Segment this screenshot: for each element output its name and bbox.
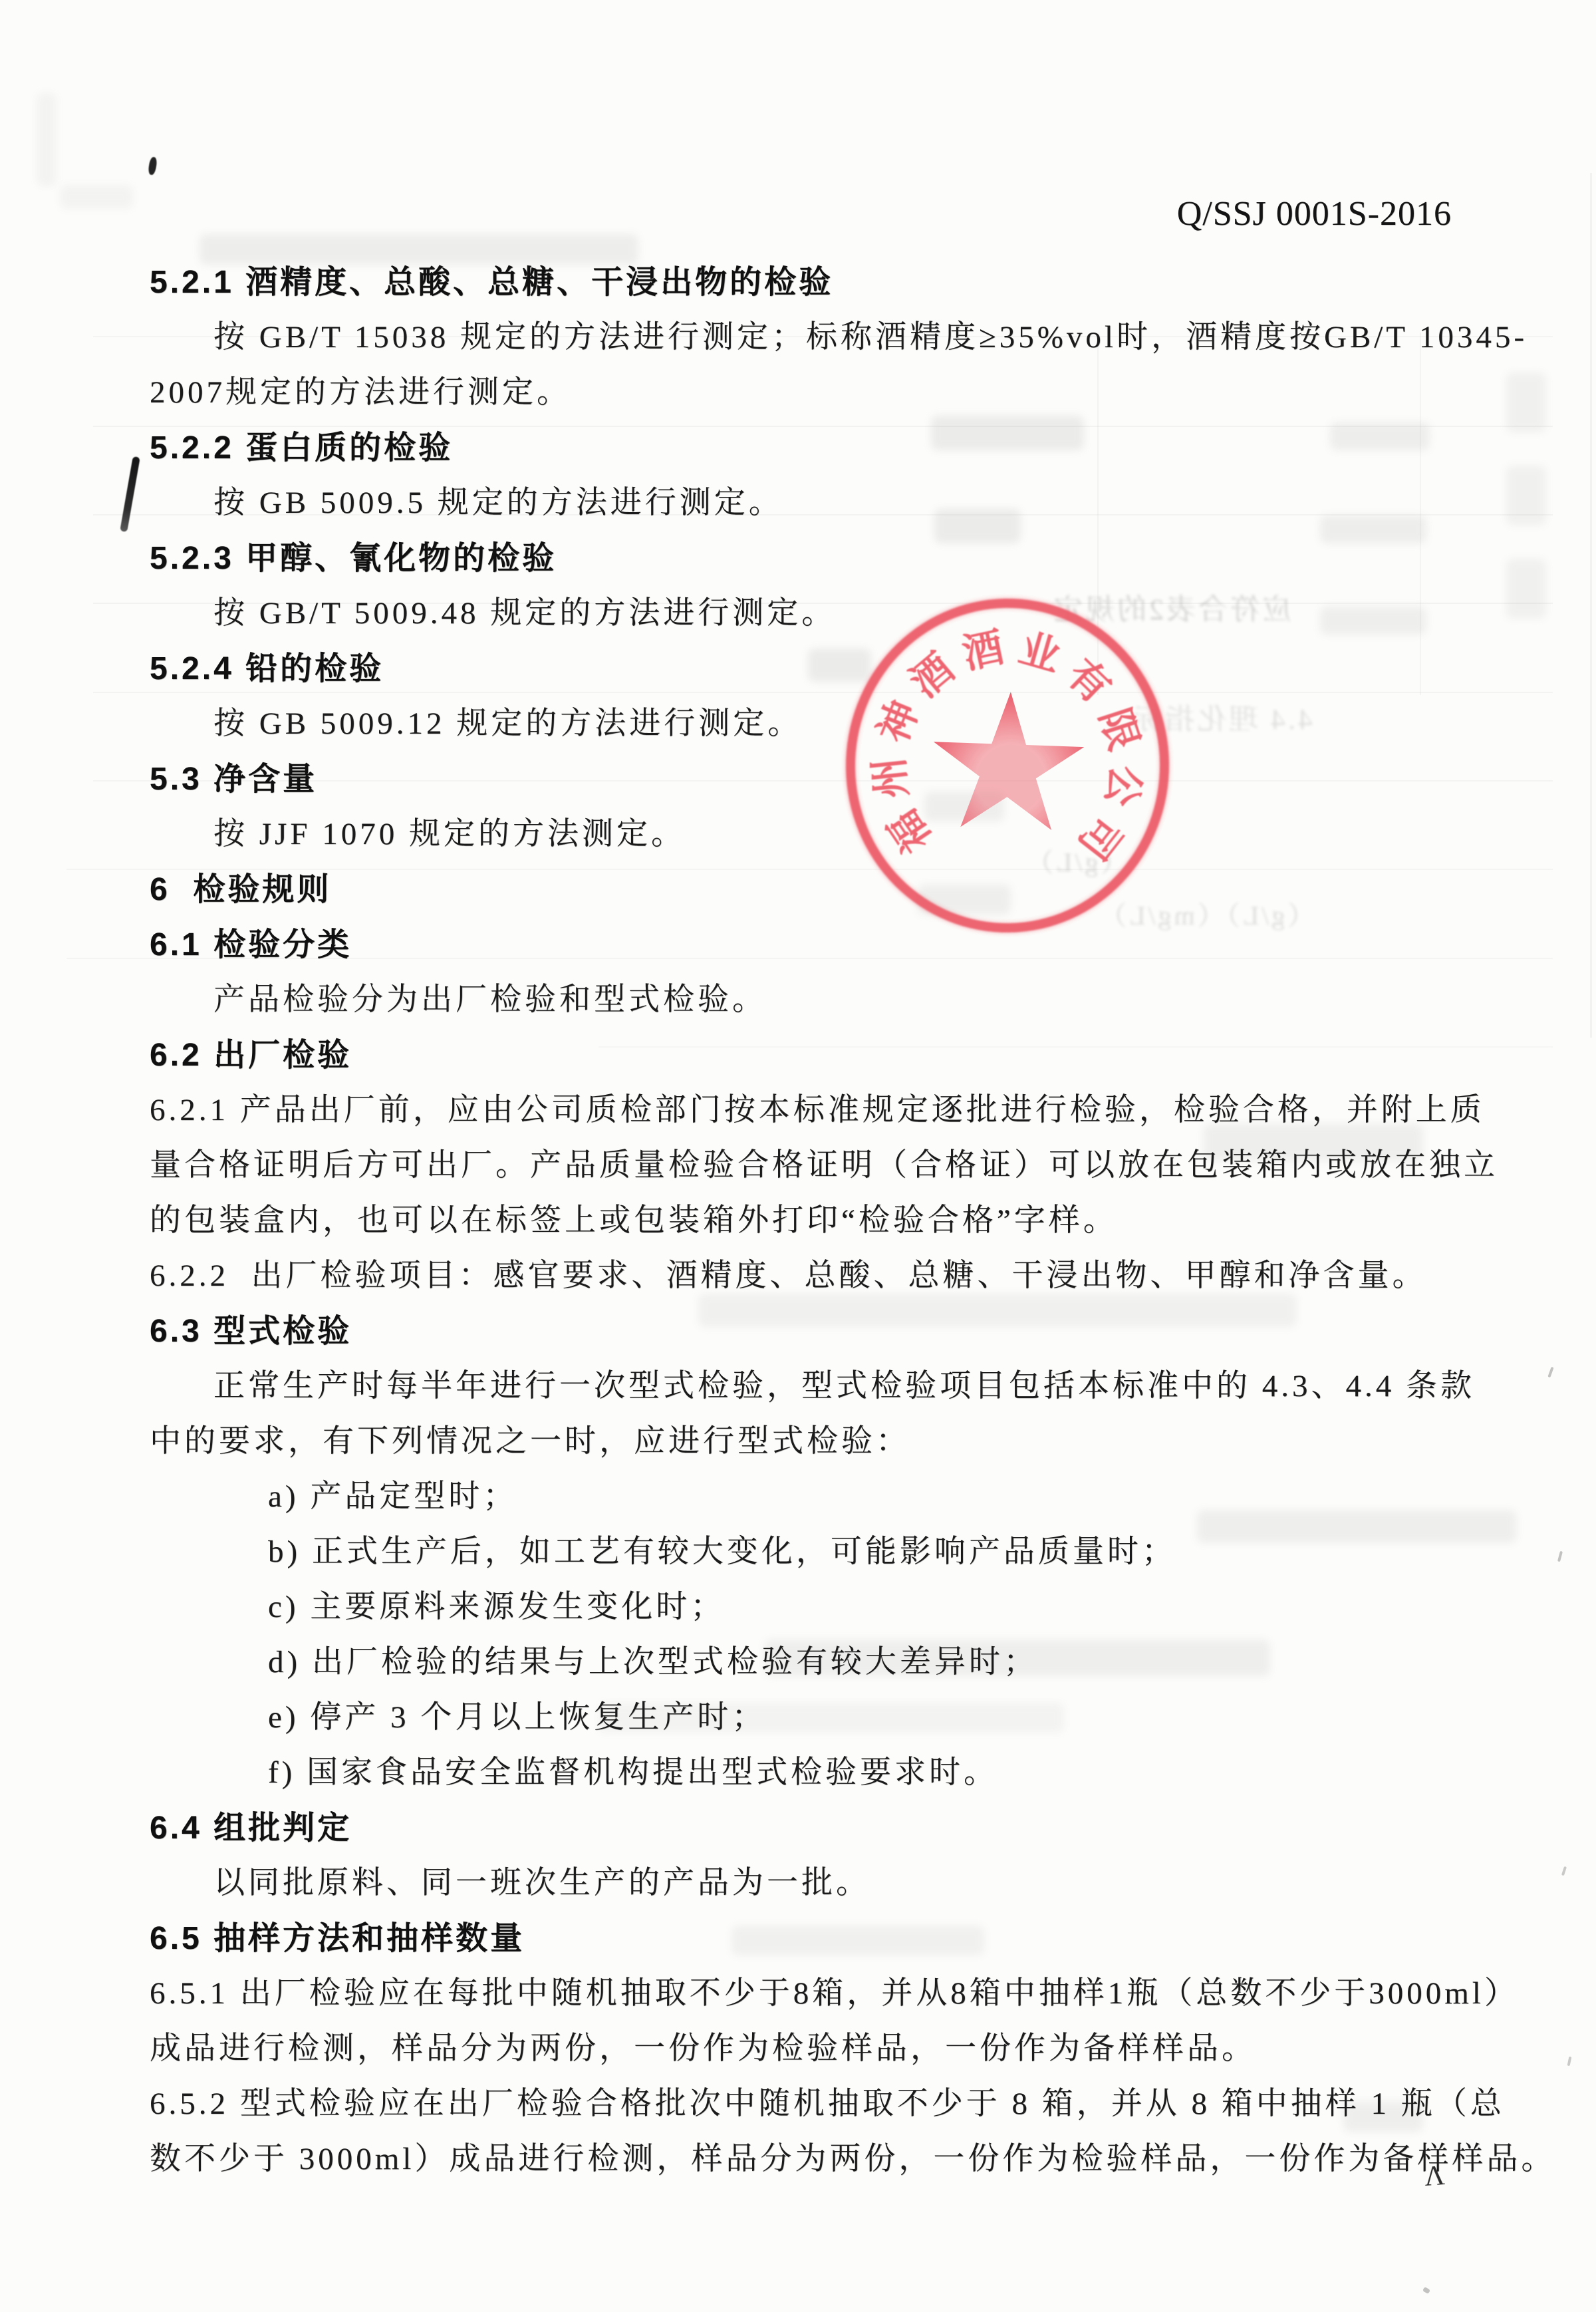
text-line: c) 主要原料来源发生变化时； (150, 1576, 1456, 1632)
company-seal-stamp: 福州神酒酒业有限公司 (840, 593, 1174, 939)
edge-speck (1557, 1551, 1563, 1562)
text-line: 的包装盒内，也可以在标签上或包装箱外打印“检验合格”字样。 (150, 1190, 1456, 1245)
text-line: 6.2 出厂检验 (150, 1024, 1456, 1080)
text-line: 5.2.2 蛋白质的检验 (150, 417, 1456, 472)
bleed-smudge (1506, 559, 1546, 619)
text-line: 6 检验规则 (150, 859, 1456, 914)
seal-char: 州 (861, 752, 913, 804)
tick-mark (148, 156, 158, 175)
text-line: 中的要求，有下列情况之一时，应进行型式检验： (150, 1411, 1456, 1466)
text-line: f) 国家食品安全监督机构提出型式检验要求时。 (150, 1742, 1456, 1797)
text-line: 按 JJF 1070 规定的方法测定。 (150, 803, 1456, 859)
text-line: 按 GB/T 5009.48 规定的方法进行测定。 (150, 583, 1456, 638)
scanned-standard-page: 应符合表2的规定 4.4 理化指标 （g/L） （g/L）（mg/L） Q/SS… (0, 0, 1596, 2312)
edge-speck (1422, 2287, 1430, 2294)
text-line: 5.2.4 铅的检验 (150, 638, 1456, 693)
text-line: 6.3 型式检验 (150, 1300, 1456, 1356)
edge-speck (1561, 1866, 1567, 1876)
text-line: 按 GB 5009.5 规定的方法进行测定。 (150, 472, 1456, 527)
bleed-smudge (1506, 466, 1546, 525)
bleed-smudge (37, 93, 57, 186)
text-line: 6.2.1 产品出厂前，应由公司质检部门按本标准规定逐批进行检验，检验合格，并附… (150, 1080, 1456, 1135)
standard-number: Q/SSJ 0001S-2016 (0, 194, 1452, 233)
pen-stroke-mark (120, 456, 140, 532)
text-line: 正常生产时每半年进行一次型式检验，型式检验项目包括本标准中的 4.3、4.4 条… (150, 1356, 1456, 1411)
text-line: 6.2.2 出厂检验项目：感官要求、酒精度、总酸、总糖、干浸出物、甲醇和净含量。 (150, 1245, 1456, 1300)
text-line: 6.4 组批判定 (150, 1797, 1456, 1852)
text-line: 2007规定的方法进行测定。 (150, 362, 1456, 417)
text-line: 6.5.2 型式检验应在出厂检验合格批次中随机抽取不少于 8 箱，并从 8 箱中… (150, 2073, 1456, 2128)
text-line: 数不少于 3000ml）成品进行检测，样品分为两份，一份作为检验样品，一份作为备… (150, 2128, 1456, 2184)
text-line: d) 出厂检验的结果与上次型式检验有较大差异时； (150, 1632, 1456, 1687)
edge-speck (1567, 2057, 1572, 2067)
text-line: 5.2.1 酒精度、总酸、总糖、干浸出物的检验 (150, 251, 1456, 307)
text-line: 产品检验分为出厂检验和型式检验。 (150, 969, 1456, 1024)
seal-char: 公 (1099, 759, 1154, 814)
edge-speck (1547, 1367, 1553, 1377)
text-line: 以同批原料、同一班次生产的产品为一批。 (150, 1852, 1456, 1908)
bleed-smudge (1506, 372, 1546, 432)
bleed-rule-vertical (1590, 173, 1592, 1038)
text-line: a) 产品定型时； (150, 1466, 1456, 1521)
document-lines: 5.2.1 酒精度、总酸、总糖、干浸出物的检验按 GB/T 15038 规定的方… (150, 251, 1456, 2184)
text-line: 按 GB 5009.12 规定的方法进行测定。 (150, 693, 1456, 748)
caret-mark: Λ (1423, 2160, 1446, 2193)
text-line: 6.5 抽样方法和抽样数量 (150, 1908, 1456, 1963)
text-line: 成品进行检测，样品分为两份，一份作为检验样品，一份作为备样样品。 (150, 2018, 1456, 2073)
text-line: 5.2.3 甲醇、氰化物的检验 (150, 527, 1456, 583)
text-line: 6.5.1 出厂检验应在每批中随机抽取不少于8箱，并从8箱中抽样1瓶（总数不少于… (150, 1963, 1456, 2018)
text-line: 5.3 净含量 (150, 748, 1456, 803)
text-line: 6.1 检验分类 (150, 914, 1456, 969)
seal-char: 酒 (954, 619, 1010, 675)
text-line: 量合格证明后方可出厂。产品质量检验合格证明（合格证）可以放在包装箱内或放在独立 (150, 1135, 1456, 1190)
text-line: e) 停产 3 个月以上恢复生产时； (150, 1687, 1456, 1742)
text-line: 按 GB/T 15038 规定的方法进行测定；标称酒精度≥35%vol时，酒精度… (150, 307, 1456, 362)
text-line: b) 正式生产后，如工艺有较大变化，可能影响产品质量时； (150, 1521, 1456, 1576)
